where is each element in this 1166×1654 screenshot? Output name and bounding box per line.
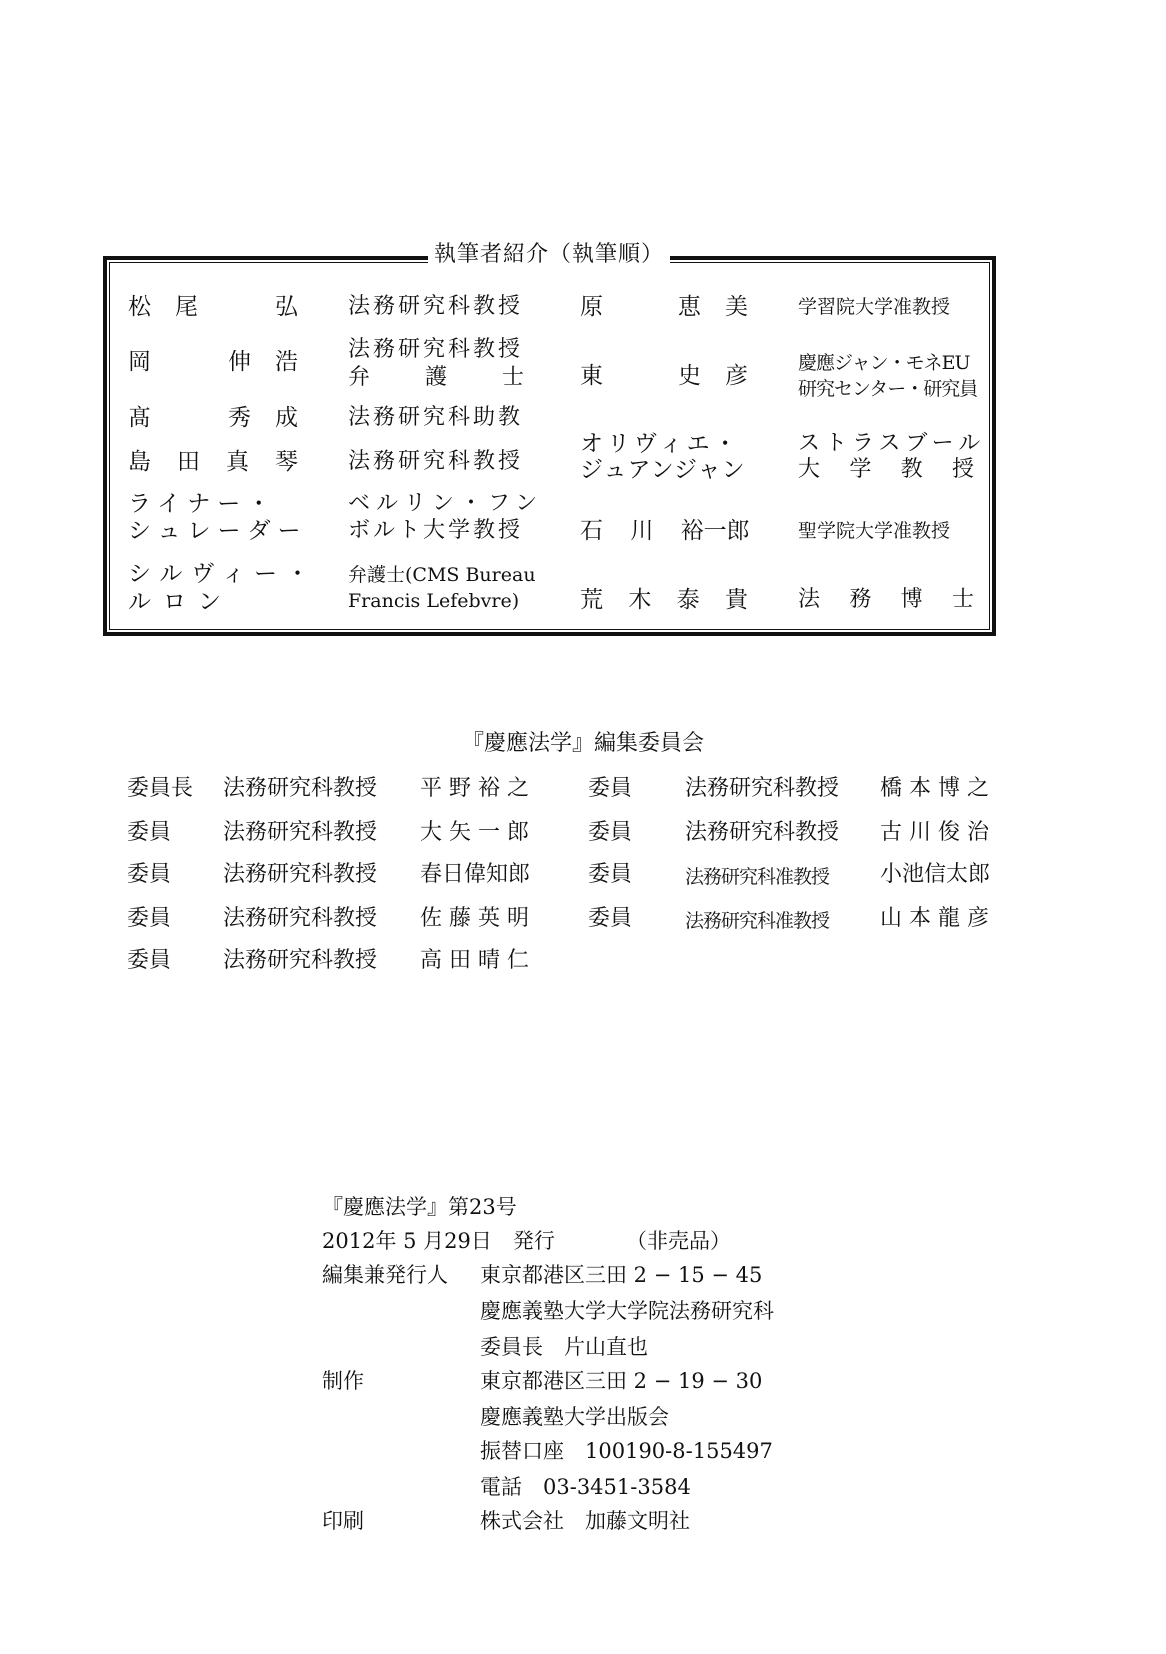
name-char: 裕一郎	[681, 518, 750, 544]
committee-position: 委員長	[127, 774, 193, 804]
author-role: ボルト大学教授	[348, 517, 523, 545]
author-role: 法務研究科助教	[348, 404, 523, 432]
author-name: オリヴィエ・	[580, 430, 741, 458]
author-name: 荒 木 泰 貴	[580, 586, 748, 614]
committee-position: 委員	[588, 774, 632, 804]
committee-name: 佐 藤 英 明	[420, 904, 529, 934]
name-char: 秀	[228, 404, 251, 432]
author-role: ストラスブール	[798, 430, 985, 458]
name-char: 木	[628, 586, 651, 614]
committee-title-text: 法務研究科教授	[223, 904, 377, 934]
author-name: 岡 伸 浩	[128, 348, 298, 376]
author-role: ベルリン・フン	[348, 490, 543, 518]
colophon-value: 株式会社 加藤文明社	[480, 1506, 690, 1536]
colophon-label: 制作	[322, 1366, 364, 1396]
committee-position: 委員	[127, 904, 171, 934]
author-role: 弁護士(CMS Bureau	[348, 562, 536, 588]
name-char: 川	[630, 518, 653, 544]
committee-name: 大 矢 一 郎	[420, 818, 529, 848]
author-role: 法務博士	[798, 586, 974, 614]
name-char: 琴	[275, 448, 298, 476]
author-role: 研究センター・研究員	[798, 376, 977, 402]
colophon-value: 東京都港区三田 2 − 15 − 45	[480, 1260, 762, 1290]
colophon-label: 印刷	[322, 1506, 364, 1536]
colophon-value: 委員長 片山直也	[480, 1332, 648, 1362]
author-name: 松 尾 弘	[128, 293, 298, 321]
committee-position: 委員	[127, 860, 171, 890]
name-char: 成	[275, 404, 298, 432]
author-role: 大学教授	[798, 456, 974, 484]
author-role: 聖学院大学准教授	[798, 518, 950, 544]
author-role: Francis Lefebvre)	[348, 588, 519, 614]
committee-name: 小池信太郎	[880, 860, 990, 890]
committee-name: 山 本 龍 彦	[880, 904, 989, 934]
committee-position: 委員	[588, 860, 632, 890]
committee-title-text: 法務研究科教授	[223, 946, 377, 976]
name-char: 伸	[228, 348, 251, 376]
author-name: 原 恵 美	[580, 293, 748, 321]
committee-title-text: 法務研究科教授	[685, 818, 839, 848]
author-role: 法務研究科教授	[348, 336, 523, 364]
committee-title-text: 法務研究科教授	[685, 774, 839, 804]
colophon-journal: 『慶應法学』第23号	[322, 1192, 517, 1222]
committee-name: 高 田 晴 仁	[420, 946, 529, 976]
author-name: ジュアンジャン	[580, 456, 746, 484]
colophon-not-for-sale: （非売品）	[626, 1226, 731, 1256]
name-char: 東	[580, 362, 603, 390]
name-char: 真	[226, 448, 249, 476]
colophon-label: 編集兼発行人	[322, 1260, 448, 1290]
committee-name: 平 野 裕 之	[420, 774, 529, 804]
name-char: 史	[678, 362, 701, 390]
author-name: ライナー・	[128, 490, 277, 518]
author-role: 弁護士	[348, 364, 524, 392]
name-char: 弘	[275, 293, 298, 321]
committee-name: 古 川 俊 治	[880, 818, 989, 848]
author-name: 東 史 彦	[580, 362, 748, 390]
colophon-value: 東京都港区三田 2 − 19 − 30	[480, 1366, 762, 1396]
author-name: ルロン	[128, 588, 233, 616]
colophon-value: 慶應義塾大学出版会	[480, 1402, 669, 1432]
author-name: 島 田 真 琴	[128, 448, 298, 476]
name-char: 恵	[678, 293, 701, 321]
committee-name: 橋 本 博 之	[880, 774, 989, 804]
name-char: 髙	[128, 404, 151, 432]
colophon-date: 2012年 5 月29日 発行	[322, 1226, 555, 1256]
name-char: 原	[580, 293, 603, 321]
committee-position: 委員	[588, 818, 632, 848]
author-name: 髙 秀 成	[128, 404, 298, 432]
name-char: 尾	[175, 293, 198, 321]
name-char: 岡	[128, 348, 151, 376]
committee-title-text: 法務研究科教授	[223, 818, 377, 848]
author-name: シルヴィー・	[128, 560, 318, 588]
author-role: 法務研究科教授	[348, 293, 523, 321]
committee-title-text: 法務研究科教授	[223, 860, 377, 890]
name-char: 荒	[580, 586, 603, 614]
name-char: 浩	[275, 348, 298, 376]
name-char: 島	[128, 448, 151, 476]
committee-title: 『慶應法学』編集委員会	[0, 726, 1166, 757]
name-char: 泰	[677, 586, 700, 614]
colophon-value: 振替口座 100190-8-155497	[480, 1436, 773, 1466]
name-char: 貴	[725, 586, 748, 614]
authors-box-title: 執筆者紹介（執筆順）	[428, 238, 670, 272]
author-role: 法務研究科教授	[348, 448, 523, 476]
committee-position: 委員	[127, 818, 171, 848]
name-char: 田	[177, 448, 200, 476]
committee-title-text: 法務研究科教授	[223, 774, 377, 804]
colophon-value: 電話 03-3451-3584	[480, 1472, 691, 1502]
name-char: 彦	[725, 362, 748, 390]
name-char: 松	[128, 293, 151, 321]
author-name: シュレーダー	[128, 517, 308, 545]
committee-position: 委員	[127, 946, 171, 976]
committee-position: 委員	[588, 904, 632, 934]
name-char: 美	[725, 293, 748, 321]
committee-name: 春日偉知郎	[420, 860, 530, 890]
committee-title-text: 法務研究科准教授	[685, 906, 829, 936]
name-char: 石	[580, 518, 603, 544]
author-role: 学習院大学准教授	[798, 294, 950, 320]
colophon-value: 慶應義塾大学大学院法務研究科	[480, 1296, 774, 1326]
author-name: 石 川 裕一郎	[580, 517, 750, 545]
author-role: 慶應ジャン・モネEU	[798, 350, 970, 376]
committee-title-text: 法務研究科准教授	[685, 862, 829, 892]
